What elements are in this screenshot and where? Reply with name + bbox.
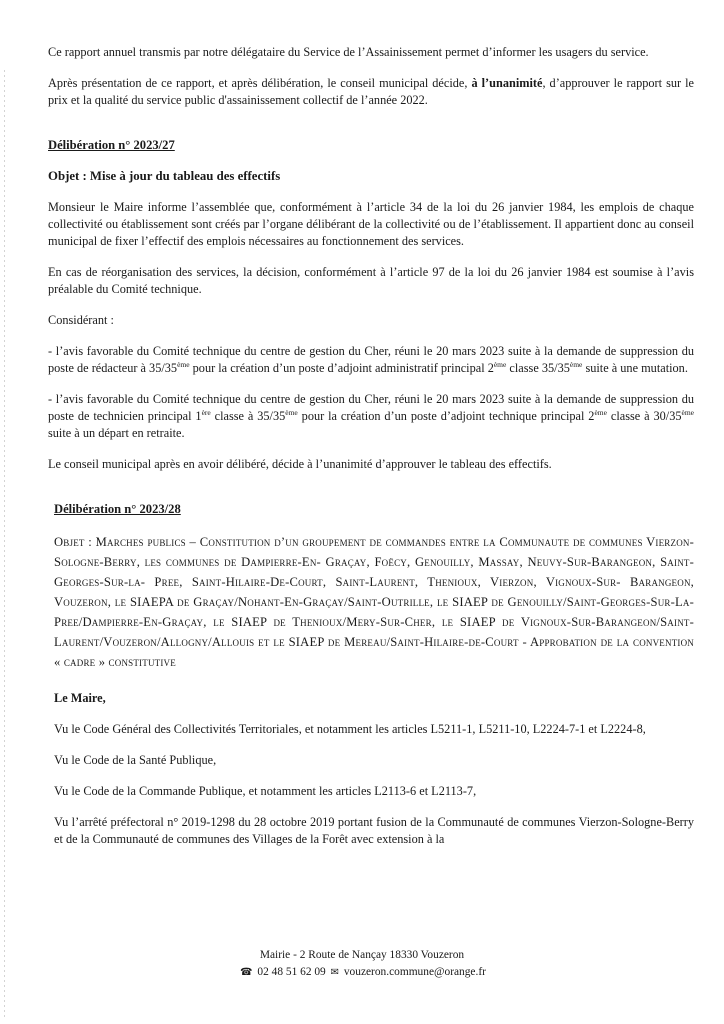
legal-basis-1: Vu le Code Général des Collectivités Ter… [54,721,694,738]
considering-item-1: - l’avis favorable du Comité technique d… [48,343,694,377]
footer-phone: 02 48 51 62 09 [257,966,325,978]
approval-paragraph: Après présentation de ce rapport, et apr… [48,75,694,109]
telephone-icon: ☎ [240,967,252,978]
legal-basis-2: Vu le Code de la Santé Publique, [54,752,694,769]
unanimity-text: à l’unanimité [471,76,542,90]
considering-label: Considérant : [48,312,694,329]
footer-address: Mairie - 2 Route de Nançay 18330 Vouzero… [0,947,724,964]
deliberation-28-heading: Délibération n° 2023/28 [54,501,694,518]
deliberation-27-para2: En cas de réorganisation des services, l… [48,264,694,298]
footer-contact: ☎ 02 48 51 62 09 ✉ vouzeron.commune@oran… [0,964,724,981]
deliberation-27-heading: Délibération n° 2023/27 [48,137,694,154]
scan-artifact-edge [4,70,5,1020]
mayor-label: Le Maire, [54,690,694,707]
considering-item-2: - l’avis favorable du Comité technique d… [48,391,694,442]
deliberation-28-object: Objet : Marches publics – Constitution d… [54,532,694,672]
deliberation-27-conclusion: Le conseil municipal après en avoir déli… [48,456,694,473]
deliberation-27-object: Objet : Mise à jour du tableau des effec… [48,168,694,185]
footer-email[interactable]: vouzeron.commune@orange.fr [344,966,486,978]
envelope-icon: ✉ [331,967,339,978]
deliberation-27-para1: Monsieur le Maire informe l’assemblée qu… [48,199,694,250]
legal-basis-3: Vu le Code de la Commande Publique, et n… [54,783,694,800]
document-page: Ce rapport annuel transmis par notre dél… [48,44,694,848]
legal-basis-4: Vu l’arrêté préfectoral n° 2019-1298 du … [54,814,694,848]
page-footer: Mairie - 2 Route de Nançay 18330 Vouzero… [0,947,724,981]
intro-paragraph: Ce rapport annuel transmis par notre dél… [48,44,694,61]
